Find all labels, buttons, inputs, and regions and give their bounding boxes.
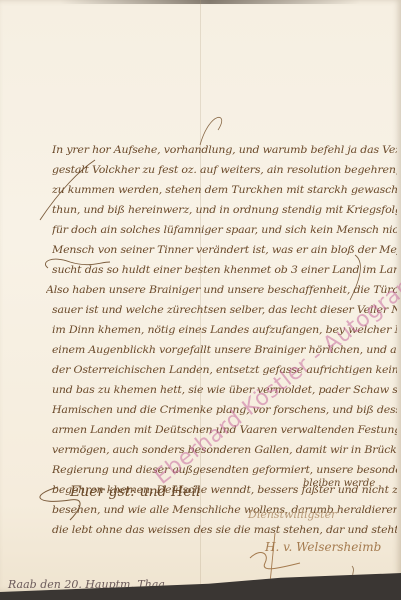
text-line: und bas zu khemen hett, sie wie über ver… [52,384,397,402]
signature-flourish [240,528,360,588]
text-line: In yrer hor Aufsehe, vorhandlung, und wa… [52,144,397,162]
subscription: Dienstwilligster [248,508,336,521]
text-line: Also haben unsere Brainiger und unsere b… [46,284,397,302]
text-line: vermögen, auch sonders besonderen Gallen… [52,444,397,462]
text-line: thun, und biß hereinwerz, und in ordnung… [52,204,397,222]
text-line: besehen, und wie alle Menschliche wollen… [52,504,397,522]
text-line: Mensch von seiner Tinner verändert ist, … [52,244,397,262]
text-line: gestalt Volckher zu fest oz. auf weiters… [52,164,397,182]
closing-salutation: Euer gst: und Heil [70,484,201,500]
text-line: sucht das so huldt einer besten khenmet … [52,264,397,282]
text-line: zu kummen werden, stehen dem Turckhen mi… [52,184,397,202]
text-line: für doch ain solches lüfamniger spaar, u… [52,224,397,242]
margin-note: bleiben werde [303,478,375,489]
text-line: der Osterreichischen Landen, entsetzt ge… [52,364,397,382]
docket-note: Raab den 20. Hauptm. Thaa [8,578,165,591]
manuscript-page: In yrer hor Aufsehe, vorhandlung, und wa… [0,0,401,592]
